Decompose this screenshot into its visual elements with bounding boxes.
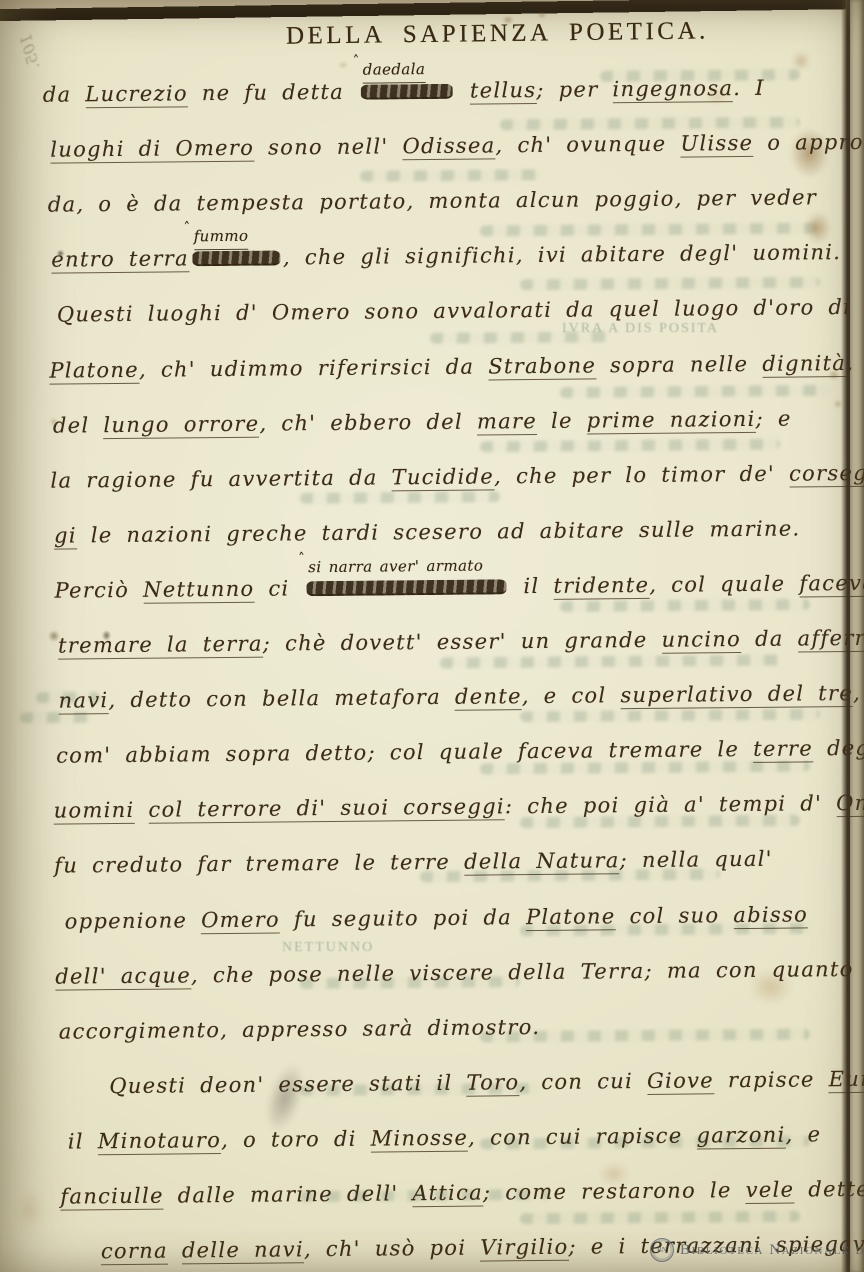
handwritten-text: sopra nelle [596, 351, 762, 377]
caret-mark: ˄ [353, 49, 360, 75]
handwritten-text: ; per [536, 77, 612, 102]
underlined-word: Virgilio [480, 1235, 568, 1262]
manuscript-line: Platone, ch' udimmo riferirsici da Strab… [49, 349, 854, 383]
underlined-word: col terrore di' suoi corseggi [148, 795, 505, 824]
underlined-word: vele [746, 1178, 795, 1204]
underlined-word: superlativo del tre [620, 681, 853, 709]
underlined-word: fanciulle [60, 1184, 164, 1211]
manuscript-line: navi, detto con bella metafora dente, e … [58, 680, 861, 714]
manuscript-page: IVRA A DIS POSITANETTUNNO 105. DELLA SAP… [0, 0, 864, 1272]
underlined-word: Omero [836, 791, 864, 818]
handwritten-text: com' abbiam sopra detto; col quale facev… [56, 737, 753, 768]
handwritten-text: , che gli significhi, ivi abitare degl' … [283, 240, 842, 269]
underlined-word: Attica [412, 1181, 483, 1208]
manuscript-line: fu creduto far tremare le terre della Na… [54, 846, 773, 879]
manuscript-line: entro terrafummo˄, che gli significhi, i… [51, 239, 841, 273]
handwritten-text: , con cui rapisce [468, 1123, 697, 1149]
underlined-word: Minotauro [98, 1128, 222, 1155]
handwritten-text: il [68, 1129, 98, 1153]
caret-mark: ˄ [183, 216, 190, 242]
handwritten-text: . I [733, 76, 765, 100]
manuscript-line: Questi deon' essere stati il Toro, con c… [109, 1065, 864, 1099]
underlined-word: Minosse [371, 1126, 469, 1153]
underlined-word: della Natura [464, 849, 620, 876]
stamp-emblem-icon: BN [650, 1238, 674, 1262]
underlined-word: Toro [466, 1070, 519, 1097]
underlined-word: Nettunno [143, 577, 255, 604]
underlined-word: Odissea [402, 133, 495, 160]
underlined-word: mare [477, 409, 537, 436]
underlined-word: corseg [789, 460, 864, 487]
handwritten-text: accorgimento, appresso sarà dimostro. [59, 1015, 541, 1044]
handwritten-text: ne fu detta [188, 80, 358, 106]
underlined-word: abisso [733, 902, 808, 929]
handwritten-text: , ch' ebbero del [259, 409, 477, 435]
handwritten-text: Questi deon' essere stati il [109, 1070, 466, 1097]
underlined-word: Lucrezio [85, 81, 188, 108]
underlined-word: Europa [829, 1066, 864, 1093]
underlined-word: entro terra [51, 247, 189, 274]
manuscript-line: accorgimento, appresso sarà dimostro. [59, 1014, 541, 1045]
handwritten-text: , detto con bella metafora [108, 685, 455, 712]
handwritten-text: degli [813, 736, 864, 761]
handwritten-text: , con cui [519, 1069, 647, 1094]
underlined-word: afferrar [797, 626, 864, 653]
handwritten-text: col suo [615, 903, 733, 928]
manuscript-line: da Lucrezio ne fu detta daedala˄ tellus;… [43, 75, 765, 108]
underlined-word: Giove [647, 1068, 714, 1095]
handwritten-text: Questi luoghi d' Omero sono avvalorati d… [57, 295, 852, 327]
underlined-word: prime nazioni [587, 406, 756, 434]
handwritten-text [168, 1239, 182, 1263]
handwritten-text: ; e [755, 406, 791, 430]
handwritten-text: ; chè dovett' esser' un grande [263, 628, 662, 656]
manuscript-line: la ragione fu avvertita da Tucidide, che… [50, 459, 864, 493]
stamp-label: Biblioteca Nazionale di Napoli [680, 1242, 864, 1259]
underlined-word: Platone [49, 357, 139, 384]
underlined-word: faceva [799, 571, 864, 598]
underlined-word: Platone [526, 904, 616, 931]
handwritten-text: le nazioni greche tardi scesero ad abita… [77, 516, 801, 547]
underlined-word: lungo orrore [103, 411, 259, 438]
underlined-word: ingegnosa [612, 76, 733, 103]
underlined-word: tridente [553, 573, 649, 600]
handwritten-text: da, o è da tempesta portato, monta alcun… [48, 185, 817, 216]
underlined-word: tremare la terra [58, 632, 263, 660]
underlined-word: terre [753, 737, 813, 764]
manuscript-line: uomini col terrore di' suoi corseggi: ch… [54, 790, 864, 824]
underlined-word: Ulisse [680, 131, 753, 158]
manuscript-line: Questi luoghi d' Omero sono avvalorati d… [57, 294, 852, 328]
manuscript-line: del lungo orrore, ch' ebbero del mare le… [53, 405, 792, 438]
manuscript-line: oppenione Omero fu seguito poi da Platon… [65, 901, 809, 934]
handwritten-text: sono nell' [254, 134, 403, 159]
handwritten-text: , ch' udimmo riferirsici da [139, 354, 489, 381]
handwritten-text: dalle marine dell' [164, 1181, 413, 1207]
underlined-word: uncino [661, 627, 741, 654]
handwritten-text: le [537, 408, 587, 432]
handwritten-text [134, 798, 148, 822]
handwritten-text [456, 79, 470, 103]
handwritten-text: fu seguito poi da [280, 905, 526, 931]
handwritten-text: , ch' ovunque [495, 132, 680, 158]
handwritten-text: fu creduto far tremare le terre [54, 850, 464, 878]
underlined-word: luoghi di Omero [50, 136, 254, 164]
handwritten-text: , che pose nelle viscere della Terra; ma… [191, 957, 854, 987]
crossed-out-word: si narra aver' armato˄ [306, 579, 506, 596]
handwritten-text: ci [254, 576, 303, 600]
manuscript-line: com' abbiam sopra detto; col quale facev… [56, 735, 864, 769]
interlinear-insertion: si narra aver' armato˄ [308, 552, 483, 580]
manuscript-line: fanciulle dalle marine dell' Attica; com… [60, 1176, 864, 1210]
handwritten-text: : che poi già a' tempi d' [505, 791, 836, 818]
handwritten-text: rapisce [714, 1067, 829, 1092]
handwritten-text: da [43, 82, 86, 106]
manuscript-line: gi le nazioni greche tardi scesero ad ab… [54, 515, 801, 548]
manuscript-line: tremare la terra; chè dovett' esser' un … [58, 625, 864, 659]
manuscript-line: luoghi di Omero sono nell' Odissea, ch' … [50, 129, 864, 163]
underlined-word: dignità [762, 351, 846, 378]
handwritten-text: Perciò [54, 578, 143, 603]
underlined-word: corna [101, 1239, 168, 1266]
underlined-word: garzoni [696, 1123, 785, 1150]
handwritten-text: , ch' usò poi [304, 1236, 481, 1262]
handwritten-text: , col quale [649, 571, 799, 596]
underlined-word: Tucidide [391, 464, 494, 491]
manuscript-text-block: da Lucrezio ne fu detta daedala˄ tellus;… [0, 0, 864, 1272]
caret-mark: ˄ [298, 546, 305, 572]
underlined-word: dente [455, 684, 522, 711]
handwritten-text: il [509, 574, 553, 598]
underlined-word: gi [54, 523, 77, 549]
underlined-word: delle navi [182, 1237, 304, 1264]
interlinear-insertion: daedala˄ [363, 56, 426, 84]
manuscript-line: dell' acque, che pose nelle viscere dell… [55, 956, 854, 990]
crossed-out-word: fummo˄ [192, 251, 280, 267]
underlined-word: uomini [54, 798, 135, 825]
handwritten-text: , e col [522, 683, 621, 708]
handwritten-text: , che per lo timor de' [494, 461, 789, 488]
manuscript-line: Perciò Nettunno ci si narra aver' armato… [54, 570, 864, 604]
underlined-word: Omero [201, 907, 280, 934]
handwritten-text: , [853, 681, 861, 705]
underlined-word: Strabone [488, 353, 596, 380]
handwritten-text: dette [794, 1177, 864, 1202]
handwritten-text: ; nella qual' [619, 847, 772, 872]
handwritten-text: da [741, 626, 798, 651]
library-stamp: BN Biblioteca Nazionale di Napoli [650, 1238, 864, 1262]
underlined-word: navi [58, 688, 108, 714]
handwritten-text: la ragione fu avvertita da [50, 465, 391, 492]
crossed-out-word: daedala˄ [361, 84, 453, 100]
handwritten-text: , o toro di [221, 1127, 371, 1152]
handwritten-text: , [846, 350, 854, 374]
handwritten-text: o appro [753, 130, 864, 155]
handwritten-text: ; come restarono le [483, 1178, 746, 1205]
underlined-word: tellus [470, 78, 537, 105]
handwritten-text: oppenione [65, 908, 202, 933]
underlined-word: dell' acque [55, 963, 191, 990]
manuscript-line: il Minotauro, o toro di Minosse, con cui… [68, 1121, 822, 1154]
handwritten-text: , e [785, 1122, 821, 1146]
handwritten-text: del [53, 413, 104, 437]
manuscript-line: da, o è da tempesta portato, monta alcun… [48, 184, 817, 217]
interlinear-insertion: fummo˄ [194, 223, 249, 251]
